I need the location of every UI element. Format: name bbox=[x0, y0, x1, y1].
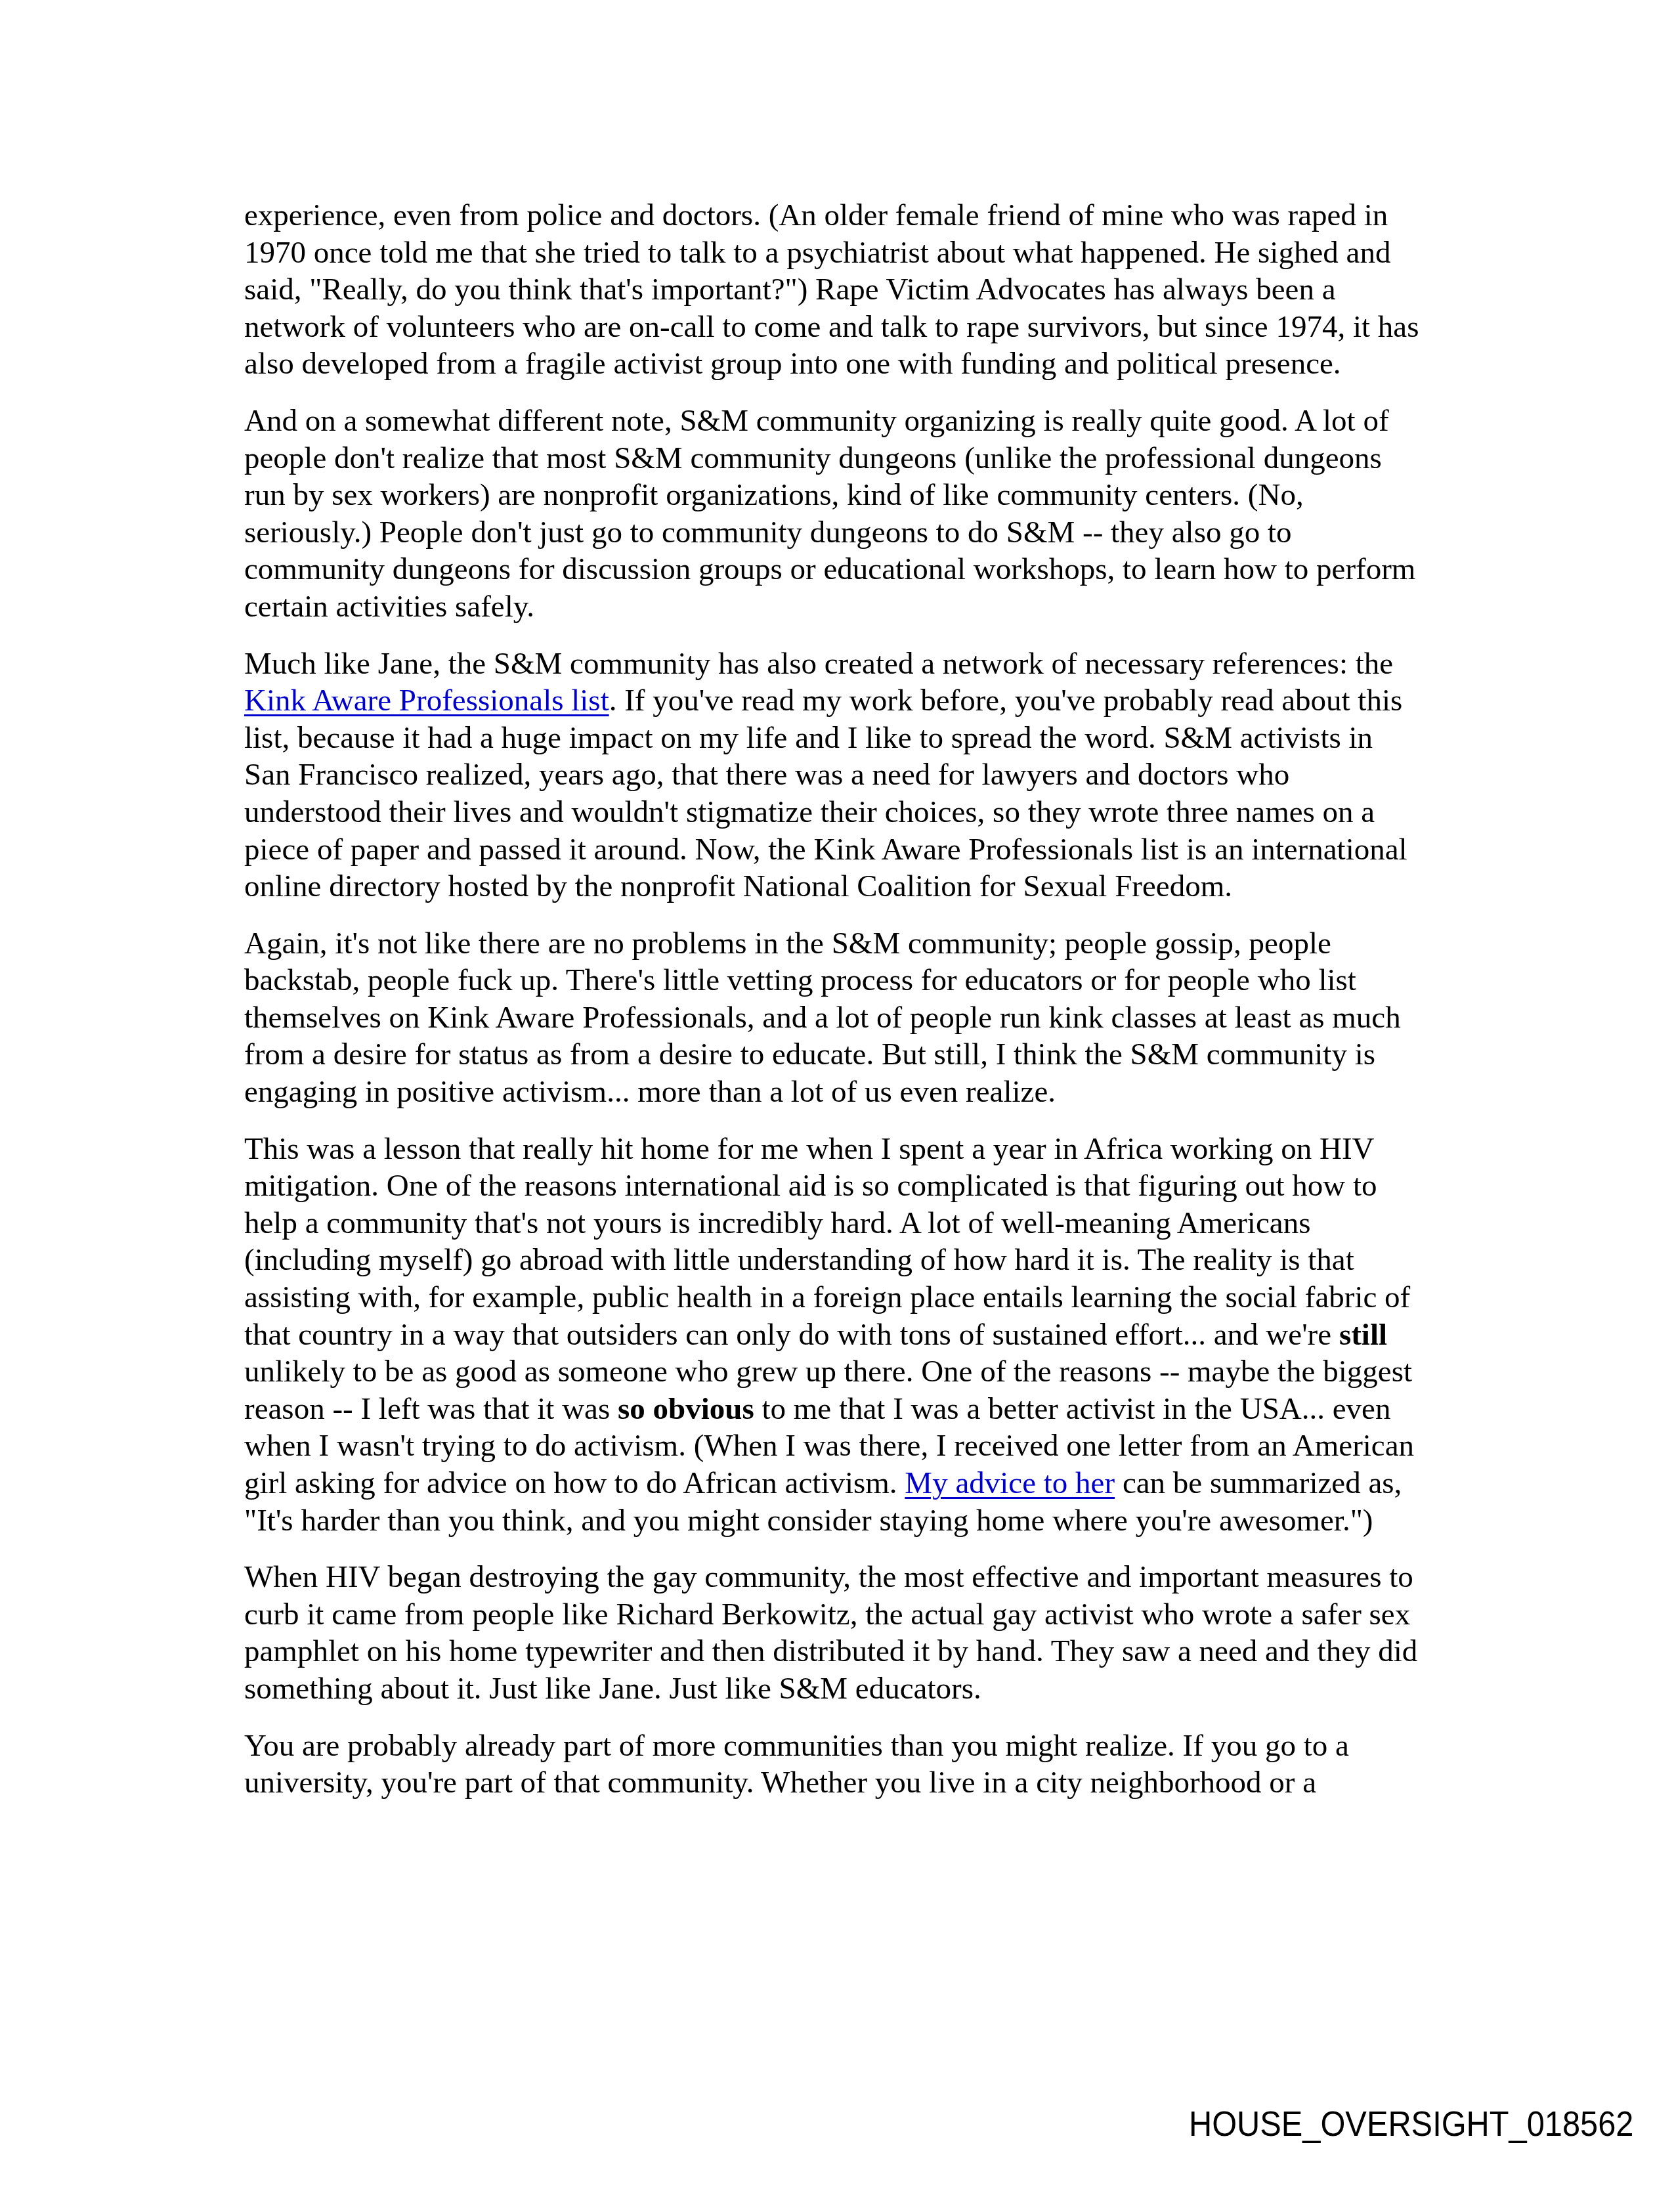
paragraph-communities: You are probably already part of more co… bbox=[244, 1727, 1419, 1802]
paragraph-kink-aware-professionals: Much like Jane, the S&M community has al… bbox=[244, 645, 1419, 905]
paragraph-sm-community-organizing: And on a somewhat different note, S&M co… bbox=[244, 402, 1419, 626]
paragraph-sm-community-problems: Again, it's not like there are no proble… bbox=[244, 925, 1419, 1111]
bates-number: HOUSE_OVERSIGHT_018562 bbox=[1188, 2104, 1633, 2144]
bold-emphasis: still bbox=[1339, 1318, 1387, 1352]
paragraph-hiv-gay-community: When HIV began destroying the gay commun… bbox=[244, 1559, 1419, 1707]
paragraph-text: This was a lesson that really hit home f… bbox=[244, 1132, 1410, 1352]
paragraph-africa-hiv-lesson: This was a lesson that really hit home f… bbox=[244, 1131, 1419, 1540]
document-body: experience, even from police and doctors… bbox=[244, 197, 1419, 1821]
kink-aware-professionals-link[interactable]: Kink Aware Professionals list bbox=[244, 683, 609, 718]
bold-emphasis: so obvious bbox=[618, 1392, 754, 1426]
paragraph-rape-victim-advocates: experience, even from police and doctors… bbox=[244, 197, 1419, 383]
paragraph-text: Much like Jane, the S&M community has al… bbox=[244, 647, 1393, 681]
my-advice-to-her-link[interactable]: My advice to her bbox=[905, 1466, 1115, 1500]
